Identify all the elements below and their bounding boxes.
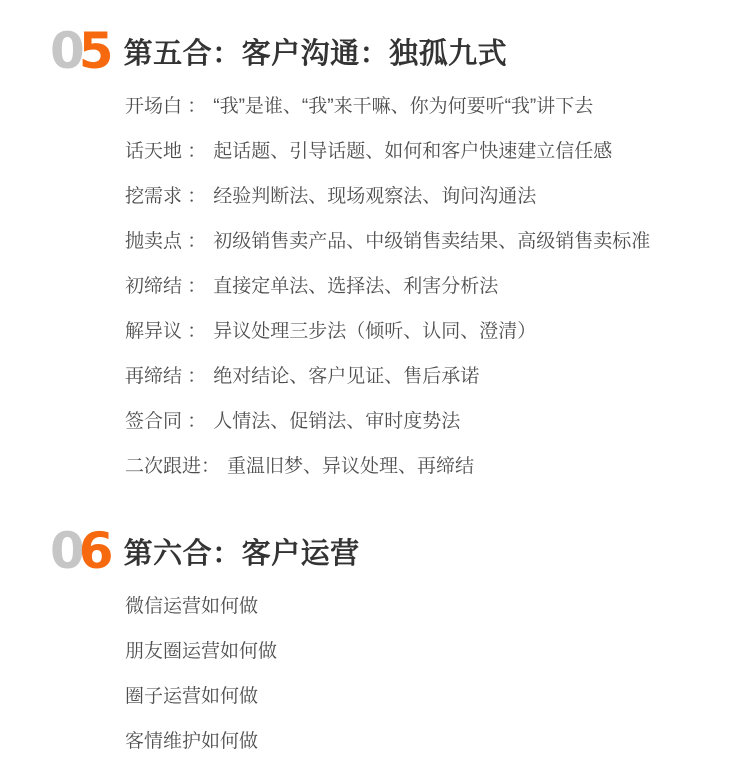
item-desc: “我”是谁、“我”来干嘛、你为何要听“我”讲下去 <box>213 91 593 118</box>
item-desc: 初级销售卖产品、中级销售卖结果、高级销售卖标准 <box>213 226 650 253</box>
outline-item: 微信运营如何做 <box>125 582 750 627</box>
item-desc: 经验判断法、现场观察法、询问沟通法 <box>213 181 536 208</box>
section-chapter-5: 05 第五合：客户沟通：独孤九式 开场白 ：“我”是谁、“我”来干嘛、你为何要听… <box>0 0 750 487</box>
section-header: 05 第五合：客户沟通：独孤九式 <box>50 28 750 74</box>
item-desc: 朋友圈运营如何做 <box>125 636 277 663</box>
outline-item: 客情维护如何做 <box>125 717 750 762</box>
outline-item: 初缔结 ：直接定单法、选择法、利害分析法 <box>125 262 750 307</box>
outline-item: 开场白 ：“我”是谁、“我”来干嘛、你为何要听“我”讲下去 <box>125 82 750 127</box>
item-label: 初缔结 ： <box>125 271 206 298</box>
item-label: 签合同 ： <box>125 406 206 433</box>
outline-item: 再缔结 ：绝对结论、客户见证、售后承诺 <box>125 352 750 397</box>
item-label: 抛卖点 ： <box>125 226 206 253</box>
item-desc: 重温旧梦、异议处理、再缔结 <box>227 451 474 478</box>
item-desc: 绝对结论、客户见证、售后承诺 <box>213 361 479 388</box>
outline-item: 朋友圈运营如何做 <box>125 627 750 672</box>
item-label: 话天地 ： <box>125 136 206 163</box>
chapter-number-prefix: 0 <box>50 22 79 80</box>
item-desc: 微信运营如何做 <box>125 591 258 618</box>
chapter-number-badge: 05 <box>50 28 108 74</box>
outline-item: 签合同 ：人情法、促销法、审时度势法 <box>125 397 750 442</box>
section-header: 06 第六合：客户运营 <box>50 528 750 574</box>
outline-item: 解异议 ：异议处理三步法（倾听、认同、澄清） <box>125 307 750 352</box>
item-desc: 起话题、引导话题、如何和客户快速建立信任感 <box>213 136 612 163</box>
section-item-list: 微信运营如何做 朋友圈运营如何做 圈子运营如何做 客情维护如何做 <box>50 582 750 762</box>
chapter-number-badge: 06 <box>50 528 108 574</box>
item-desc: 圈子运营如何做 <box>125 681 258 708</box>
item-label: 解异议 ： <box>125 316 206 343</box>
chapter-number-digit: 6 <box>79 522 108 580</box>
item-label: 再缔结 ： <box>125 361 206 388</box>
outline-item: 挖需求 ：经验判断法、现场观察法、询问沟通法 <box>125 172 750 217</box>
chapter-number-prefix: 0 <box>50 522 79 580</box>
item-desc: 人情法、促销法、审时度势法 <box>213 406 460 433</box>
chapter-number-digit: 5 <box>79 22 108 80</box>
item-desc: 直接定单法、选择法、利害分析法 <box>213 271 498 298</box>
item-label: 开场白 ： <box>125 91 206 118</box>
outline-item: 话天地 ：起话题、引导话题、如何和客户快速建立信任感 <box>125 127 750 172</box>
section-title: 第五合：客户沟通：独孤九式 <box>124 31 508 72</box>
course-outline-page: { "colors": { "background": "#ffffff", "… <box>0 0 750 784</box>
section-title: 第六合：客户运营 <box>124 531 360 572</box>
section-chapter-6: 06 第六合：客户运营 微信运营如何做 朋友圈运营如何做 圈子运营如何做 客情维… <box>0 528 750 762</box>
item-desc: 异议处理三步法（倾听、认同、澄清） <box>213 316 536 343</box>
outline-item: 二次跟进：重温旧梦、异议处理、再缔结 <box>125 442 750 487</box>
outline-item: 圈子运营如何做 <box>125 672 750 717</box>
item-label: 挖需求 ： <box>125 181 206 208</box>
item-label: 二次跟进： <box>125 451 220 478</box>
item-desc: 客情维护如何做 <box>125 726 258 753</box>
section-item-list: 开场白 ：“我”是谁、“我”来干嘛、你为何要听“我”讲下去 话天地 ：起话题、引… <box>50 82 750 487</box>
outline-item: 抛卖点 ：初级销售卖产品、中级销售卖结果、高级销售卖标准 <box>125 217 750 262</box>
